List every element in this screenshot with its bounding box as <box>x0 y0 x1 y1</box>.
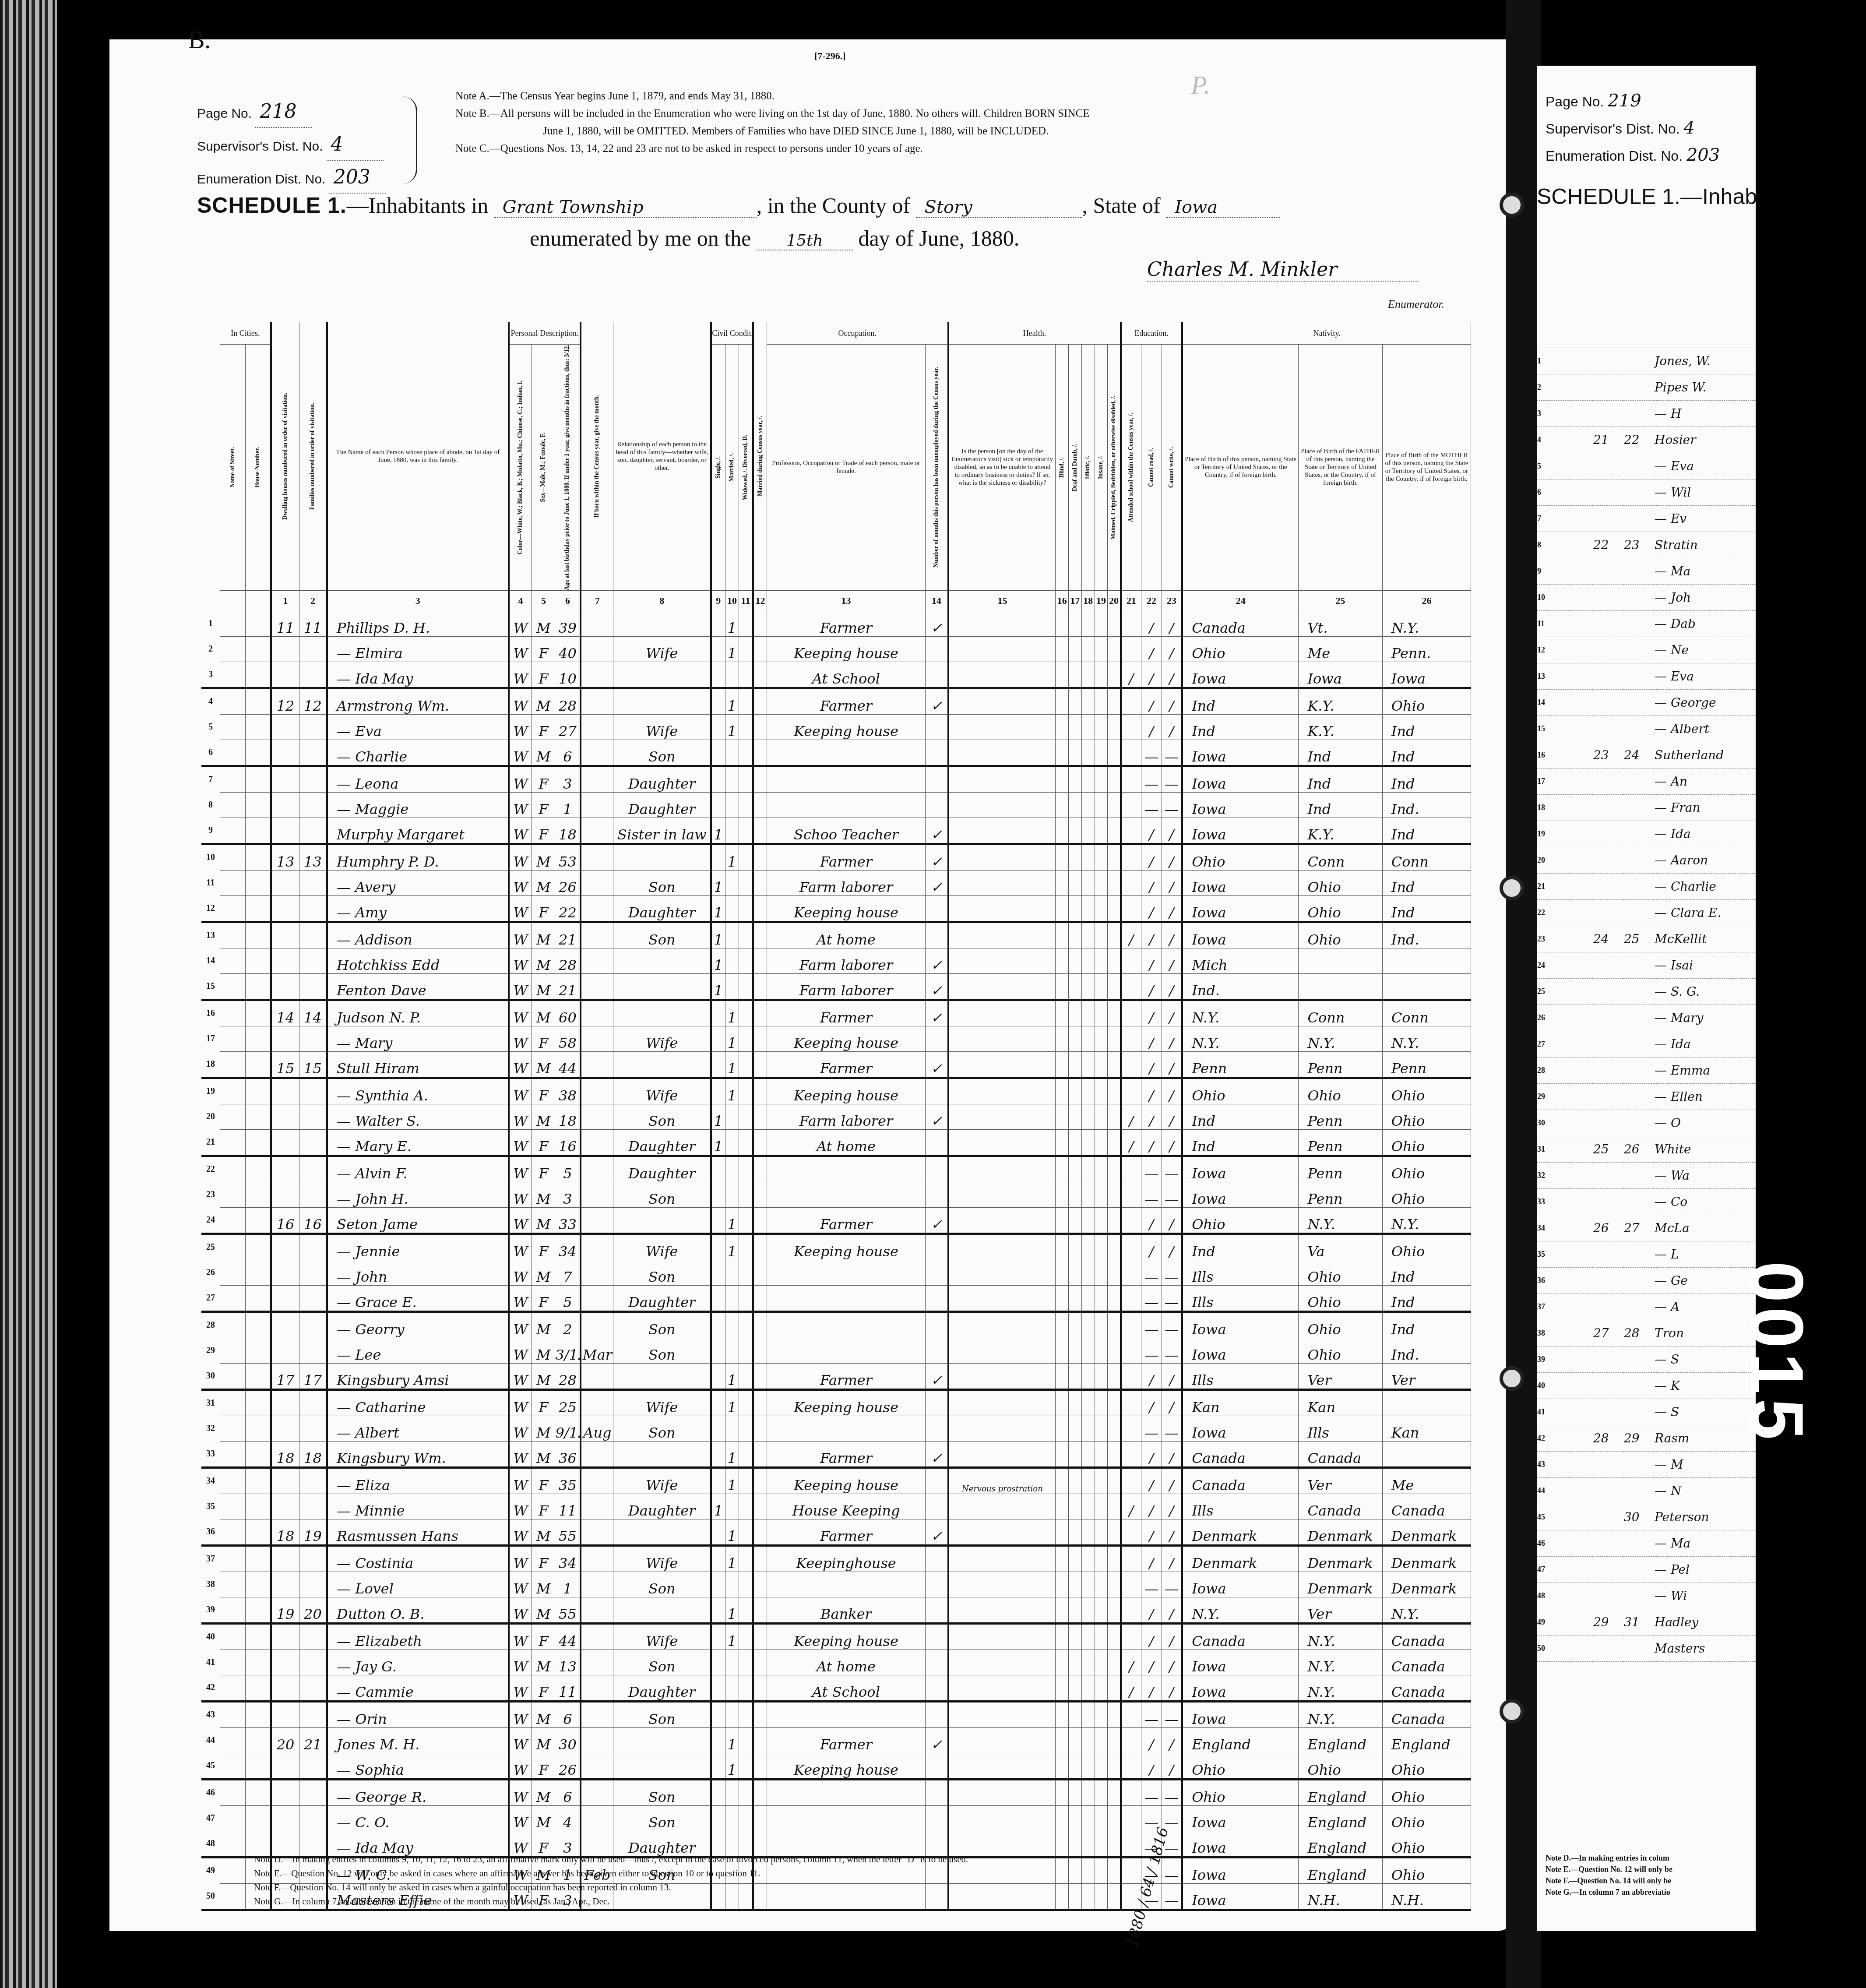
col-13-header: Profession, Occupation or Trade of each … <box>767 345 925 591</box>
age-cell: 27 <box>555 714 581 740</box>
line-number: 1 <box>201 611 220 636</box>
married-cell <box>725 1805 739 1831</box>
unemployed-cell <box>925 1467 948 1494</box>
census-row: 7 — Leona W F 3 Daughter — — Iowa Ind In… <box>201 766 1471 792</box>
line-number: 15 <box>201 973 220 1000</box>
deaf-dumb-cell <box>1069 1389 1082 1416</box>
family-number <box>299 948 327 973</box>
sex-cell: F <box>532 818 555 844</box>
single-cell <box>711 740 725 766</box>
deaf-dumb-cell <box>1069 870 1082 895</box>
mother-birthplace-cell: Ind <box>1382 1311 1471 1338</box>
unemployed-cell: ✓ <box>925 1000 948 1026</box>
dwelling-number <box>271 1779 299 1805</box>
deaf-dumb-cell <box>1069 1857 1082 1883</box>
insane-cell <box>1095 1857 1108 1883</box>
house-cell <box>246 1338 271 1363</box>
married-cell: 1 <box>725 1234 739 1260</box>
cannot-write-cell: / <box>1162 1234 1182 1260</box>
blind-cell <box>1056 1078 1069 1104</box>
line-number: 6 <box>1537 479 1549 506</box>
census-row: 38 — Lovel W M 1 Son — — Iowa Denmark De… <box>201 1572 1471 1597</box>
sex-cell: F <box>532 1234 555 1260</box>
married-census-year-cell <box>753 740 767 766</box>
married-cell: 1 <box>725 1519 739 1545</box>
state-value: Iowa <box>1166 197 1280 218</box>
binder-ring-icon <box>1500 193 1524 217</box>
right-schedule-title: SCHEDULE 1.—Inhabit <box>1537 184 1756 209</box>
occupation-cell: Farmer <box>767 1207 925 1234</box>
relationship-cell: Son <box>613 1416 711 1441</box>
dwelling-number <box>271 1156 299 1182</box>
widowed-cell <box>739 1727 753 1753</box>
unemployed-cell <box>925 1650 948 1675</box>
father-birthplace-cell: Ohio <box>1299 895 1382 922</box>
occupation-cell <box>767 792 925 818</box>
cannot-read-cell: / <box>1141 1519 1162 1545</box>
col-6-header: Age at last birthday prior to June 1, 18… <box>555 345 581 591</box>
cannot-write-cell: / <box>1162 973 1182 1000</box>
father-birthplace-cell: England <box>1299 1779 1382 1805</box>
occupation-cell: At School <box>767 662 925 688</box>
right-census-row: 14 — George <box>1537 690 1756 716</box>
relationship-cell: Sister in law <box>613 818 711 844</box>
mother-birthplace-cell: Penn <box>1382 1051 1471 1078</box>
cannot-write-cell: / <box>1162 714 1182 740</box>
married-census-year-cell <box>753 1416 767 1441</box>
cannot-write-cell: / <box>1162 662 1182 688</box>
line-number: 23 <box>201 1182 220 1207</box>
house-cell <box>246 1519 271 1545</box>
street-cell <box>1549 979 1571 1005</box>
census-row: 21 — Mary E. W F 16 Daughter 1 At home /… <box>201 1129 1471 1156</box>
person-name: — O <box>1654 1110 1756 1136</box>
cannot-write-cell: / <box>1162 1753 1182 1779</box>
house-cell <box>1571 453 1593 479</box>
father-birthplace-cell: Penn <box>1299 1182 1382 1207</box>
street-cell <box>1549 637 1571 663</box>
color-cell: W <box>509 1078 532 1104</box>
house-cell <box>246 1234 271 1260</box>
dwelling-number <box>1593 1636 1623 1662</box>
color-cell: W <box>509 662 532 688</box>
cannot-write-cell: / <box>1162 1441 1182 1467</box>
dwelling-number <box>271 1650 299 1675</box>
color-cell: W <box>509 1650 532 1675</box>
line-number: 49 <box>1537 1609 1549 1636</box>
widowed-cell <box>739 1078 753 1104</box>
sickness-cell <box>948 1156 1056 1182</box>
dwelling-number <box>271 1260 299 1285</box>
right-page-number-field: Page No. 219 <box>1546 88 1720 115</box>
family-number <box>1623 795 1654 821</box>
blind-cell <box>1056 1338 1069 1363</box>
birthplace-cell: Ind <box>1182 1234 1299 1260</box>
house-cell <box>246 844 271 870</box>
line-number: 44 <box>201 1727 220 1753</box>
married-cell: 1 <box>725 844 739 870</box>
dwelling-number: 24 <box>1593 926 1623 952</box>
maimed-cell <box>1108 766 1121 792</box>
single-cell <box>711 1260 725 1285</box>
father-birthplace-cell: N.Y. <box>1299 1623 1382 1650</box>
married-census-year-cell <box>753 1129 767 1156</box>
line-number: 40 <box>201 1623 220 1650</box>
person-name: Hotchkiss Edd <box>327 948 509 973</box>
line-number: 16 <box>201 1000 220 1026</box>
right-footnotes: Note D.—In making entries in colum Note … <box>1546 1852 1751 1898</box>
person-name: — Walter S. <box>327 1104 509 1129</box>
age-cell: 18 <box>555 818 581 844</box>
relationship-cell: Son <box>613 1338 711 1363</box>
widowed-cell <box>739 1441 753 1467</box>
single-cell <box>711 1078 725 1104</box>
family-number <box>1623 1373 1654 1399</box>
blind-cell <box>1056 1260 1069 1285</box>
person-name: — Ida <box>1654 821 1756 847</box>
right-census-row: 40 — K <box>1537 1373 1756 1399</box>
sickness-cell <box>948 1104 1056 1129</box>
dwelling-number <box>1593 1031 1623 1057</box>
attended-school-cell: / <box>1121 662 1141 688</box>
dwelling-number <box>1593 1452 1623 1478</box>
cannot-read-cell: — <box>1141 1572 1162 1597</box>
married-census-year-cell <box>753 662 767 688</box>
mother-birthplace-cell: Denmark <box>1382 1519 1471 1545</box>
cannot-write-cell: / <box>1162 1494 1182 1519</box>
line-number: 1 <box>1537 348 1549 374</box>
age-cell: 55 <box>555 1519 581 1545</box>
married-census-year-cell <box>753 636 767 662</box>
father-birthplace-cell: N.Y. <box>1299 1650 1382 1675</box>
occupation-cell: Farmer <box>767 1441 925 1467</box>
street-cell <box>220 1831 246 1857</box>
birthplace-cell: Denmark <box>1182 1545 1299 1572</box>
color-cell: W <box>509 1338 532 1363</box>
sickness-cell <box>948 1363 1056 1389</box>
right-census-row: 47 — Pel <box>1537 1557 1756 1583</box>
street-cell <box>1549 742 1571 768</box>
married-census-year-cell <box>753 1467 767 1494</box>
single-cell <box>711 844 725 870</box>
age-cell: 6 <box>555 1701 581 1727</box>
deaf-dumb-cell <box>1069 1883 1082 1910</box>
married-cell <box>725 895 739 922</box>
cannot-read-cell: — <box>1141 1338 1162 1363</box>
birth-month-cell <box>581 1494 613 1519</box>
right-census-row: 3 — H <box>1537 401 1756 427</box>
street-cell <box>220 1363 246 1389</box>
line-number: 22 <box>1537 900 1549 926</box>
family-number <box>1623 637 1654 663</box>
attended-school-cell <box>1121 1311 1141 1338</box>
family-number <box>299 1182 327 1207</box>
cannot-read-cell: / <box>1141 895 1162 922</box>
married-census-year-cell <box>753 1338 767 1363</box>
deaf-dumb-cell <box>1069 1051 1082 1078</box>
attended-school-cell <box>1121 1727 1141 1753</box>
color-cell: W <box>509 1000 532 1026</box>
unemployed-cell <box>925 1026 948 1051</box>
insane-cell <box>1095 1260 1108 1285</box>
person-name: Judson N. P. <box>327 1000 509 1026</box>
birth-month-cell <box>581 1156 613 1182</box>
right-census-row: 23 24 25 McKellit <box>1537 926 1756 952</box>
right-census-row: 22 — Clara E. <box>1537 900 1756 926</box>
father-birthplace-cell: Ind <box>1299 740 1382 766</box>
dwelling-number: 29 <box>1593 1609 1623 1636</box>
family-number <box>1623 506 1654 532</box>
dwelling-number: 12 <box>271 688 299 714</box>
father-birthplace-cell: Penn <box>1299 1156 1382 1182</box>
single-cell <box>711 1441 725 1467</box>
cannot-write-cell: — <box>1162 1883 1182 1910</box>
married-census-year-cell <box>753 818 767 844</box>
age-cell: 1 <box>555 792 581 818</box>
blind-cell <box>1056 1701 1069 1727</box>
right-census-row: 26 — Mary <box>1537 1005 1756 1031</box>
line-number: 43 <box>201 1701 220 1727</box>
dwelling-number <box>1593 1084 1623 1110</box>
street-cell <box>1549 479 1571 506</box>
maimed-cell <box>1108 1389 1121 1416</box>
person-name: — Charlie <box>1654 874 1756 900</box>
father-birthplace-cell: Kan <box>1299 1389 1382 1416</box>
color-cell: W <box>509 1753 532 1779</box>
dwelling-number <box>1593 1530 1623 1557</box>
mother-birthplace-cell: Ind <box>1382 818 1471 844</box>
house-cell <box>246 1285 271 1311</box>
married-census-year-cell <box>753 714 767 740</box>
blind-cell <box>1056 1753 1069 1779</box>
single-cell <box>711 1650 725 1675</box>
person-name: — Wil <box>1654 479 1756 506</box>
single-cell <box>711 1051 725 1078</box>
line-number: 26 <box>201 1260 220 1285</box>
married-cell <box>725 1156 739 1182</box>
deaf-dumb-cell <box>1069 1234 1082 1260</box>
cannot-read-cell: — <box>1141 1701 1162 1727</box>
married-cell: 1 <box>725 1597 739 1623</box>
blind-cell <box>1056 1234 1069 1260</box>
married-cell <box>725 1338 739 1363</box>
attended-school-cell <box>1121 1026 1141 1051</box>
line-number: 42 <box>1537 1425 1549 1452</box>
cannot-read-cell: — <box>1141 1416 1162 1441</box>
birth-month-cell <box>581 1467 613 1494</box>
birth-month-cell <box>581 1000 613 1026</box>
cannot-write-cell: / <box>1162 1389 1182 1416</box>
relationship-cell <box>613 948 711 973</box>
census-row: 1 11 11 Phillips D. H. W M 39 1 Farmer ✓… <box>201 611 1471 636</box>
line-number: 20 <box>1537 847 1549 874</box>
idiotic-cell <box>1081 1234 1095 1260</box>
relationship-cell: Son <box>613 1311 711 1338</box>
family-number: 17 <box>299 1363 327 1389</box>
occupation-cell: At home <box>767 1650 925 1675</box>
street-cell <box>220 662 246 688</box>
married-census-year-cell <box>753 1805 767 1831</box>
street-cell <box>220 1104 246 1129</box>
census-row: 30 17 17 Kingsbury Amsi W M 28 1 Farmer … <box>201 1363 1471 1389</box>
blind-cell <box>1056 662 1069 688</box>
occupation-cell: At School <box>767 1675 925 1701</box>
sex-cell: M <box>532 1597 555 1623</box>
sex-cell: M <box>532 1701 555 1727</box>
sickness-cell <box>948 870 1056 895</box>
sickness-cell <box>948 895 1056 922</box>
unemployed-cell: ✓ <box>925 1727 948 1753</box>
census-row: 17 — Mary W F 58 Wife 1 Keeping house / … <box>201 1026 1471 1051</box>
father-birthplace-cell: England <box>1299 1857 1382 1883</box>
single-cell <box>711 636 725 662</box>
blind-cell <box>1056 895 1069 922</box>
deaf-dumb-cell <box>1069 636 1082 662</box>
color-cell: W <box>509 973 532 1000</box>
idiotic-cell <box>1081 973 1095 1000</box>
col-3-header: The Name of each Person whose place of a… <box>327 322 509 591</box>
person-name: McLa <box>1654 1215 1756 1241</box>
widowed-cell <box>739 1389 753 1416</box>
birth-month-cell <box>581 714 613 740</box>
father-birthplace-cell: Ohio <box>1299 1260 1382 1285</box>
unemployed-cell <box>925 766 948 792</box>
occupation-cell: Keeping house <box>767 714 925 740</box>
insane-cell <box>1095 1650 1108 1675</box>
blind-cell <box>1056 611 1069 636</box>
instruction-notes: Note A.—The Census Year begins June 1, 1… <box>455 88 1419 158</box>
insane-cell <box>1095 1883 1108 1910</box>
family-number <box>299 740 327 766</box>
family-number <box>299 1572 327 1597</box>
idiotic-cell <box>1081 1650 1095 1675</box>
line-number: 37 <box>201 1545 220 1572</box>
relationship-cell <box>613 1519 711 1545</box>
attended-school-cell <box>1121 1467 1141 1494</box>
line-number: 11 <box>1537 611 1549 637</box>
married-census-year-cell <box>753 1182 767 1207</box>
attended-school-cell <box>1121 1831 1141 1857</box>
maimed-cell <box>1108 1285 1121 1311</box>
schedule-title: SCHEDULE 1. <box>197 193 347 218</box>
line-number: 46 <box>1537 1530 1549 1557</box>
married-cell <box>725 1416 739 1441</box>
house-cell <box>246 1650 271 1675</box>
birth-month-cell <box>581 1441 613 1467</box>
sickness-cell <box>948 1389 1056 1416</box>
dwelling-number <box>1593 1110 1623 1136</box>
line-number: 44 <box>1537 1478 1549 1504</box>
person-name: Hosier <box>1654 427 1756 453</box>
street-cell <box>220 1857 246 1883</box>
sex-cell: M <box>532 1338 555 1363</box>
age-cell: 35 <box>555 1467 581 1494</box>
married-cell <box>725 1104 739 1129</box>
relationship-cell: Wife <box>613 1467 711 1494</box>
sex-cell: M <box>532 1805 555 1831</box>
right-census-row: 25 — S. G. <box>1537 979 1756 1005</box>
birthplace-cell: Canada <box>1182 1467 1299 1494</box>
cannot-write-cell: / <box>1162 1207 1182 1234</box>
relationship-cell: Wife <box>613 1545 711 1572</box>
birth-month-cell <box>581 818 613 844</box>
person-name: — Leona <box>327 766 509 792</box>
married-census-year-cell <box>753 1753 767 1779</box>
street-cell <box>1549 1478 1571 1504</box>
married-cell: 1 <box>725 1026 739 1051</box>
cannot-read-cell: / <box>1141 1545 1162 1572</box>
maimed-cell <box>1108 1519 1121 1545</box>
attended-school-cell <box>1121 1078 1141 1104</box>
birth-month-cell <box>581 1753 613 1779</box>
person-name: Masters <box>1654 1636 1756 1662</box>
house-cell <box>246 1623 271 1650</box>
idiotic-cell <box>1081 1104 1095 1129</box>
census-row: 28 — Georry W M 2 Son — — Iowa Ohio Ind <box>201 1311 1471 1338</box>
cannot-write-cell: — <box>1162 1572 1182 1597</box>
cannot-read-cell: — <box>1141 766 1162 792</box>
dwelling-number: 18 <box>271 1519 299 1545</box>
house-cell <box>1571 1268 1593 1294</box>
note-a: Note A.—The Census Year begins June 1, 1… <box>455 88 1419 105</box>
right-census-row: 48 — Wi <box>1537 1583 1756 1609</box>
house-cell <box>246 611 271 636</box>
dwelling-number <box>271 895 299 922</box>
right-census-row: 37 — A <box>1537 1294 1756 1320</box>
street-cell <box>1549 401 1571 427</box>
unemployed-cell: ✓ <box>925 1363 948 1389</box>
street-cell <box>220 1572 246 1597</box>
sex-cell: M <box>532 1311 555 1338</box>
census-rows: 1 11 11 Phillips D. H. W M 39 1 Farmer ✓… <box>201 611 1471 1910</box>
family-number <box>299 895 327 922</box>
married-census-year-cell <box>753 1051 767 1078</box>
birth-month-cell <box>581 1623 613 1650</box>
house-cell <box>1571 1136 1593 1163</box>
occupation-cell: Farmer <box>767 1051 925 1078</box>
house-cell <box>246 688 271 714</box>
census-row: 33 18 18 Kingsbury Wm. W M 36 1 Farmer ✓… <box>201 1441 1471 1467</box>
attended-school-cell <box>1121 948 1141 973</box>
insane-cell <box>1095 1494 1108 1519</box>
education-header: Education. <box>1121 322 1182 345</box>
street-cell <box>1549 1241 1571 1268</box>
unemployed-cell <box>925 1572 948 1597</box>
single-cell <box>711 1753 725 1779</box>
house-cell <box>246 714 271 740</box>
maimed-cell <box>1108 1311 1121 1338</box>
sex-cell: M <box>532 1416 555 1441</box>
father-birthplace-cell: England <box>1299 1831 1382 1857</box>
mother-birthplace-cell: Iowa <box>1382 662 1471 688</box>
maimed-cell <box>1108 1572 1121 1597</box>
father-birthplace-cell: Ohio <box>1299 1285 1382 1311</box>
note-g: Note G.—In column 7 an abbreviation in t… <box>254 1894 968 1908</box>
binder-ring-icon <box>1500 876 1524 900</box>
right-census-row: 45 30 Peterson <box>1537 1504 1756 1530</box>
color-cell: W <box>509 1389 532 1416</box>
cannot-read-cell: — <box>1141 1260 1162 1285</box>
father-birthplace-cell: Vt. <box>1299 611 1382 636</box>
col-8-header: Relationship of each person to the head … <box>613 322 711 591</box>
sickness-cell <box>948 1623 1056 1650</box>
attended-school-cell <box>1121 973 1141 1000</box>
deaf-dumb-cell <box>1069 1831 1082 1857</box>
house-cell <box>1571 663 1593 690</box>
street-cell <box>220 1494 246 1519</box>
mother-birthplace-cell: Kan <box>1382 1416 1471 1441</box>
cannot-read-cell: / <box>1141 1623 1162 1650</box>
